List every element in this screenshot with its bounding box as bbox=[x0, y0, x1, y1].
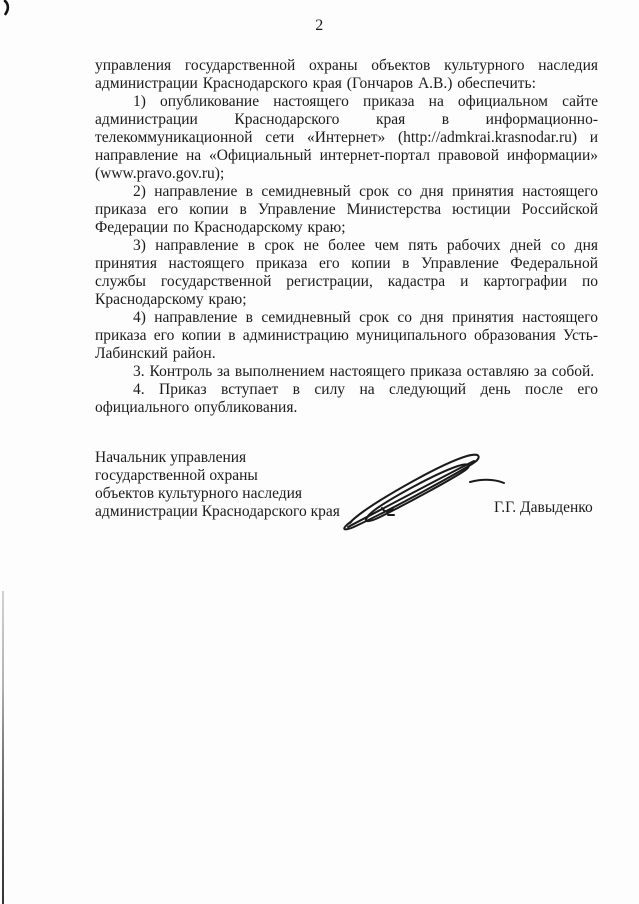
document-body: управления государственной охраны объект… bbox=[95, 57, 598, 417]
signatory-title-line: администрации Краснодарского края bbox=[95, 503, 355, 521]
signatory-title-line: Начальник управления bbox=[95, 449, 355, 467]
page-number: 2 bbox=[0, 17, 639, 35]
paragraph-item-4: 4) направление в семидневный срок со дня… bbox=[95, 309, 598, 363]
paragraph-continuation: управления государственной охраны объект… bbox=[95, 57, 598, 93]
signatory-title: Начальник управления государственной охр… bbox=[95, 449, 355, 521]
paragraph-point-3: 3. Контроль за выполнением настоящего пр… bbox=[95, 363, 598, 381]
signatory-title-line: государственной охраны bbox=[95, 467, 355, 485]
scan-corner-mark bbox=[0, 0, 16, 18]
paragraph-point-4: 4. Приказ вступает в силу на следующий д… bbox=[95, 381, 598, 417]
handwritten-signature bbox=[336, 445, 512, 535]
scan-artifact-line bbox=[2, 591, 4, 904]
paragraph-item-2: 2) направление в семидневный срок со дня… bbox=[95, 183, 598, 237]
signatory-title-line: объектов культурного наследия bbox=[95, 485, 355, 503]
signatory-name: Г.Г. Давыденко bbox=[494, 499, 593, 517]
paragraph-item-3: 3) направление в срок не более чем пять … bbox=[95, 237, 598, 309]
document-page: 2 управления государственной охраны объе… bbox=[0, 0, 639, 904]
paragraph-item-1: 1) опубликование настоящего приказа на о… bbox=[95, 93, 598, 183]
